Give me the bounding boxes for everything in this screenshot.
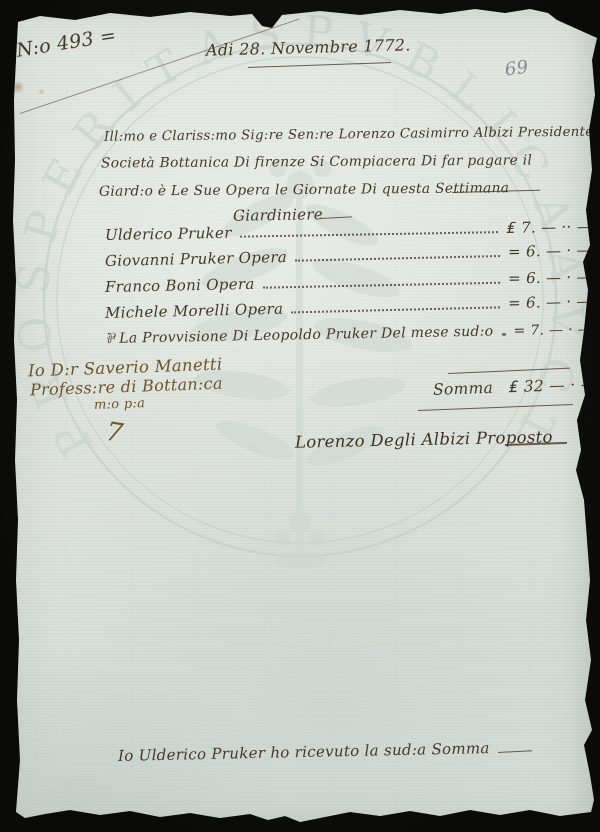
ledger-row-amount: ₤ 7. — ·· — [506, 220, 592, 236]
rust-stain [12, 80, 24, 94]
manetti-signature-line-3: m:o p:a [94, 397, 146, 412]
watermark-ring-text: P R O S P E R I T A S P V B L I C A A V … [0, 0, 593, 470]
signature-trailing-stroke [505, 442, 567, 446]
section-heading: Giardiniere [233, 207, 323, 224]
watermark-plant-ornament [186, 159, 415, 569]
somma-lower-stroke [418, 404, 573, 411]
ledger-row-label: Ulderico Pruker [105, 226, 232, 243]
date-line: Adi 28. Novembre 1772. [206, 37, 411, 58]
dot-leader [295, 253, 500, 262]
albizi-signature: Lorenzo Degli Albizi Proposto [295, 429, 553, 451]
ledger-row-label: ⅌ La Provvisione Di Leopoldo Pruker Del … [105, 325, 494, 346]
somma-total: Somma ₤ 32 — · — [433, 377, 597, 398]
somma-upper-stroke [448, 368, 570, 374]
svg-text:P R O S P E R I T A S P V B: P R O S P E R I T A S P V B L I C A A V … [0, 0, 593, 470]
manuscript-paper: P R O S P E R I T A S P V B L I C A A V … [0, 0, 600, 832]
folio-number: 69 [504, 58, 530, 79]
dot-leader [291, 304, 500, 313]
archival-number: N:o 493 = [15, 26, 117, 61]
manetti-signature-line-1: Io D:r Saverio Manetti [28, 357, 223, 380]
dot-leader [263, 280, 501, 289]
receipt-trailing-stroke [498, 750, 532, 753]
manetti-signature-line-2: Profess:re di Bottan:ca [30, 376, 223, 399]
photo-backdrop: P R O S P E R I T A S P V B L I C A A V … [0, 0, 600, 832]
body-line-2: Società Bottanica Di firenze Si Compiace… [101, 154, 532, 171]
ledger-row: Michele Morelli Opera = 6. — · — [105, 294, 592, 322]
body-trailing-stroke [452, 190, 540, 193]
receipt-line: Io Ulderico Pruker ho ricevuto la sud:a … [118, 741, 490, 764]
ledger-row-amount: = 6. — · — [508, 270, 592, 287]
ledger-row: ⅌ La Provvisione Di Leopoldo Pruker Del … [105, 323, 592, 347]
heading-trailing-stroke [320, 216, 352, 219]
body-line-3: Giard:o è Le Sue Opera le Giornate Di qu… [99, 182, 509, 199]
diagonal-pen-stroke [20, 18, 300, 114]
ledger-row-amount: = 6. — · — [508, 243, 592, 260]
body-line-1: Ill:mo e Clariss:mo Sig:re Sen:re Lorenz… [104, 125, 600, 144]
ledger-row-amount: = 6. — · — [508, 294, 592, 311]
ledger-row: Giovanni Pruker Opera = 6. — · — [105, 243, 592, 270]
ledger-row: Franco Boni Opera = 6. — · — [105, 270, 592, 296]
ledger-row: Ulderico Pruker ₤ 7. — ·· — [105, 220, 592, 244]
ledger-row-label: Franco Boni Opera [105, 277, 255, 295]
date-underline [248, 62, 391, 68]
ledger-row-amount: = 7. — · — [513, 323, 592, 339]
dot-leader [240, 229, 499, 238]
ink-flourish: 7 [104, 419, 125, 447]
somma-label: Somma [433, 379, 494, 399]
rust-stain-small [38, 88, 45, 95]
ledger-row-label: Michele Morelli Opera [105, 302, 284, 321]
dot-leader [501, 331, 505, 335]
somma-amount: ₤ 32 — · — [508, 375, 597, 396]
ledger-row-label: Giovanni Pruker Opera [105, 250, 287, 269]
watermark-circle: P R O S P E R I T A S P V B L I C A A V … [0, 0, 600, 832]
